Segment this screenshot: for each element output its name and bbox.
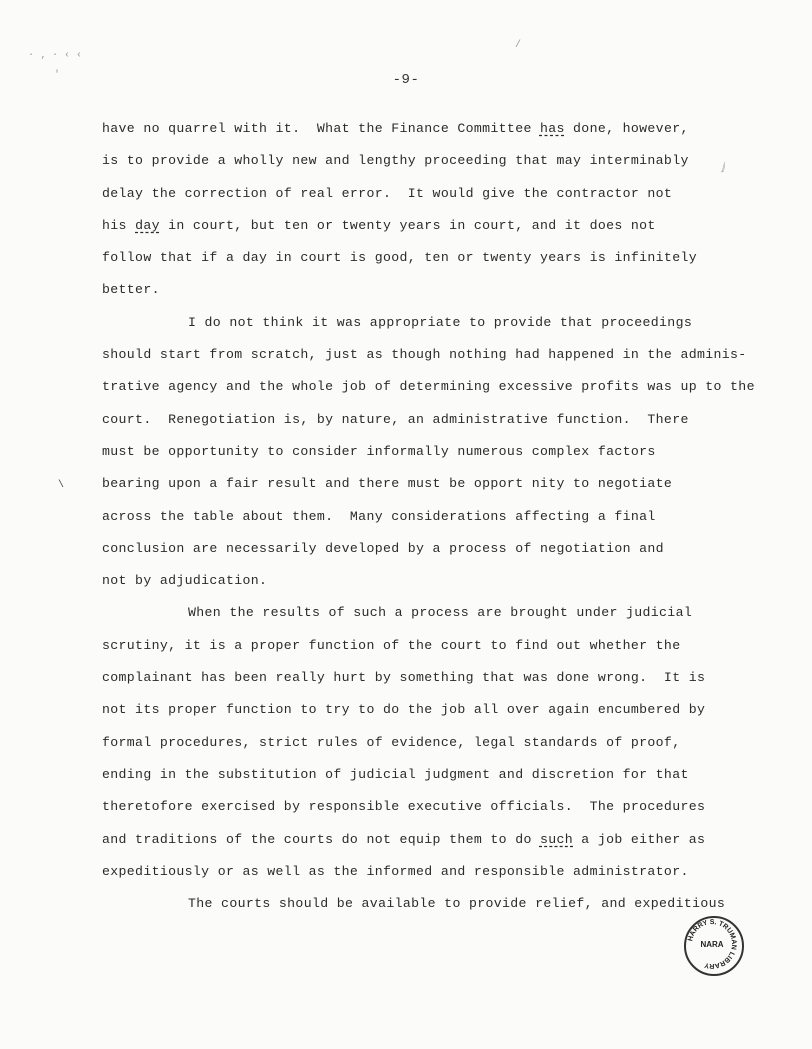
text-span: in court, but ten or twenty years in cou… (160, 218, 656, 233)
text-span: delay the correction of real error. It w… (102, 186, 672, 201)
text-span: theretofore exercised by responsible exe… (102, 799, 705, 814)
text-line: scrutiny, it is a proper function of the… (102, 630, 742, 662)
text-line: not by adjudication. (102, 565, 742, 597)
page-number: -9- (0, 72, 812, 88)
text-span: I do not think it was appropriate to pro… (188, 315, 692, 330)
text-span: not by adjudication. (102, 573, 267, 588)
text-span: complainant has been really hurt by some… (102, 670, 705, 685)
text-line: expeditiously or as well as the informed… (102, 856, 742, 888)
text-line: must be opportunity to consider informal… (102, 436, 742, 468)
underlined-word: has (540, 121, 565, 136)
text-span: When the results of such a process are b… (188, 605, 692, 620)
text-line: and traditions of the courts do not equi… (102, 824, 742, 856)
text-line: complainant has been really hurt by some… (102, 662, 742, 694)
truman-library-stamp: HARRY S. TRUMAN LIBRARY NARA (684, 916, 744, 976)
text-span: conclusion are necessarily developed by … (102, 541, 664, 556)
text-line: his day in court, but ten or twenty year… (102, 210, 742, 242)
text-line: The courts should be available to provid… (102, 888, 742, 920)
text-span: is to provide a wholly new and lengthy p… (102, 153, 689, 168)
text-line: follow that if a day in court is good, t… (102, 242, 742, 274)
text-span: should start from scratch, just as thoug… (102, 347, 747, 362)
text-span: follow that if a day in court is good, t… (102, 250, 697, 265)
text-line: court. Renegotiation is, by nature, an a… (102, 404, 742, 436)
text-span: expeditiously or as well as the informed… (102, 864, 689, 879)
text-line: have no quarrel with it. What the Financ… (102, 113, 742, 145)
text-line: I do not think it was appropriate to pro… (102, 307, 742, 339)
text-line: When the results of such a process are b… (102, 597, 742, 629)
text-span: bearing upon a fair result and there mus… (102, 476, 672, 491)
text-line: across the table about them. Many consid… (102, 501, 742, 533)
text-span: trative agency and the whole job of dete… (102, 379, 755, 394)
text-span: not its proper function to try to do the… (102, 702, 705, 717)
text-span: court. Renegotiation is, by nature, an a… (102, 412, 689, 427)
text-line: conclusion are necessarily developed by … (102, 533, 742, 565)
text-line: theretofore exercised by responsible exe… (102, 791, 742, 823)
text-line: formal procedures, strict rules of evide… (102, 727, 742, 759)
text-line: not its proper function to try to do the… (102, 694, 742, 726)
text-span: must be opportunity to consider informal… (102, 444, 656, 459)
text-span: across the table about them. Many consid… (102, 509, 656, 524)
text-span: done, however, (565, 121, 689, 136)
text-line: ending in the substitution of judicial j… (102, 759, 742, 791)
text-span: have no quarrel with it. What the Financ… (102, 121, 540, 136)
text-line: better. (102, 274, 742, 306)
text-line: should start from scratch, just as thoug… (102, 339, 742, 371)
text-span: better. (102, 282, 160, 297)
text-line: delay the correction of real error. It w… (102, 178, 742, 210)
stray-mark: · ‚ · ‹ ‹ (28, 50, 82, 61)
text-line: bearing upon a fair result and there mus… (102, 468, 742, 500)
document-body: have no quarrel with it. What the Financ… (102, 113, 742, 920)
stray-mark: / (515, 40, 521, 51)
text-span: a job either as (573, 832, 705, 847)
underlined-word: such (540, 832, 573, 847)
text-span: formal procedures, strict rules of evide… (102, 735, 680, 750)
svg-text:NARA: NARA (700, 940, 723, 949)
text-span: his (102, 218, 135, 233)
underlined-word: day (135, 218, 160, 233)
text-span: and traditions of the courts do not equi… (102, 832, 540, 847)
text-span: The courts should be available to provid… (188, 896, 725, 911)
text-span: scrutiny, it is a proper function of the… (102, 638, 680, 653)
text-line: trative agency and the whole job of dete… (102, 371, 742, 403)
text-span: ending in the substitution of judicial j… (102, 767, 689, 782)
text-line: is to provide a wholly new and lengthy p… (102, 145, 742, 177)
stray-mark: \ (58, 480, 64, 491)
